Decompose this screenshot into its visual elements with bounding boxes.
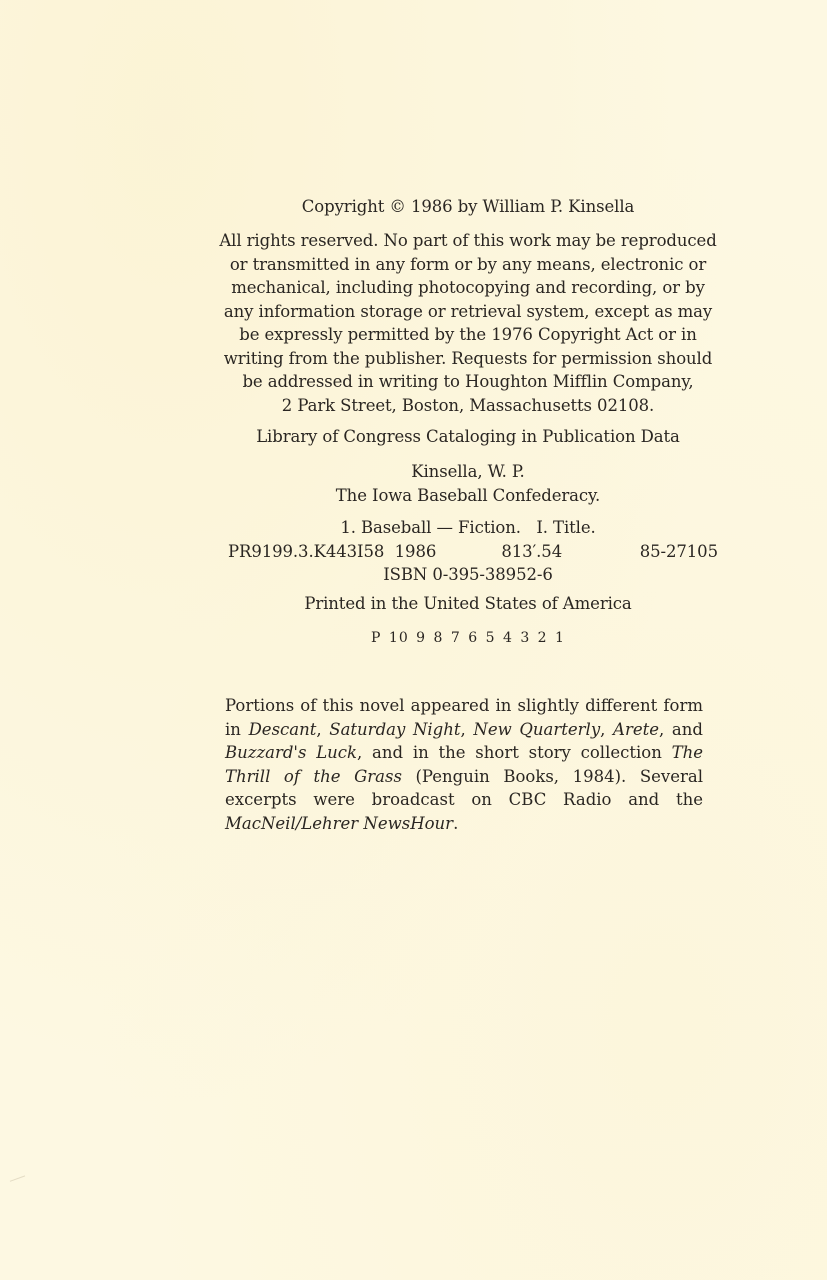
portions-text: ,	[600, 720, 613, 739]
cip-title: The Iowa Baseball Confederacy.	[208, 484, 728, 508]
portions-text: , and in the short story collection	[357, 743, 672, 762]
portions-text: .	[453, 814, 458, 833]
cip-classification-row: PR9199.3.K443I58 1986 813′.54 85-27105	[228, 540, 718, 564]
portions-paragraph: Portions of this novel appeared in sligh…	[225, 694, 703, 835]
cip-year: 1986	[395, 540, 475, 564]
cip-heading: Library of Congress Cataloging in Public…	[208, 425, 728, 449]
publication-title: MacNeil/Lehrer NewsHour	[225, 814, 453, 833]
rights-line: be expressly permitted by the 1976 Copyr…	[208, 323, 728, 347]
rights-reserved-paragraph: All rights reserved. No part of this wor…	[208, 229, 728, 417]
lccn: 85-27105	[628, 540, 718, 564]
publication-title: Saturday Night	[329, 720, 460, 739]
cip-author: Kinsella, W. P.	[208, 460, 728, 484]
cip-subjects: 1. Baseball — Fiction. I. Title.	[208, 516, 728, 540]
rights-line: or transmitted in any form or by any mea…	[208, 253, 728, 277]
portions-text: , and	[659, 720, 703, 739]
cip-record: Kinsella, W. P. The Iowa Baseball Confed…	[208, 460, 728, 587]
copyright-page: Copyright © 1986 by William P. Kinsella …	[0, 0, 827, 1280]
publication-title: Descant	[249, 720, 317, 739]
dewey-number: 813′.54	[501, 540, 601, 564]
rights-line: mechanical, including photocopying and r…	[208, 276, 728, 300]
rights-line: any information storage or retrieval sys…	[208, 300, 728, 324]
copyright-notice: Copyright © 1986 by William P. Kinsella	[208, 195, 728, 219]
publication-title: Arete	[613, 720, 659, 739]
rights-line: All rights reserved. No part of this wor…	[208, 229, 728, 253]
isbn: ISBN 0-395-38952-6	[208, 563, 728, 587]
publication-title: Buzzard's Luck	[225, 743, 357, 762]
paper-mark	[10, 1175, 26, 1184]
rights-line: writing from the publisher. Requests for…	[208, 347, 728, 371]
portions-text: ,	[316, 720, 329, 739]
printing-number-line: P 10 9 8 7 6 5 4 3 2 1	[208, 627, 728, 651]
publication-title: New Quarterly	[473, 720, 600, 739]
rights-line: be addressed in writing to Houghton Miff…	[208, 370, 728, 394]
portions-text: ,	[460, 720, 473, 739]
printed-in: Printed in the United States of America	[208, 592, 728, 616]
lc-call-number: PR9199.3.K443I58	[228, 540, 368, 564]
rights-line: 2 Park Street, Boston, Massachusetts 021…	[208, 394, 728, 418]
